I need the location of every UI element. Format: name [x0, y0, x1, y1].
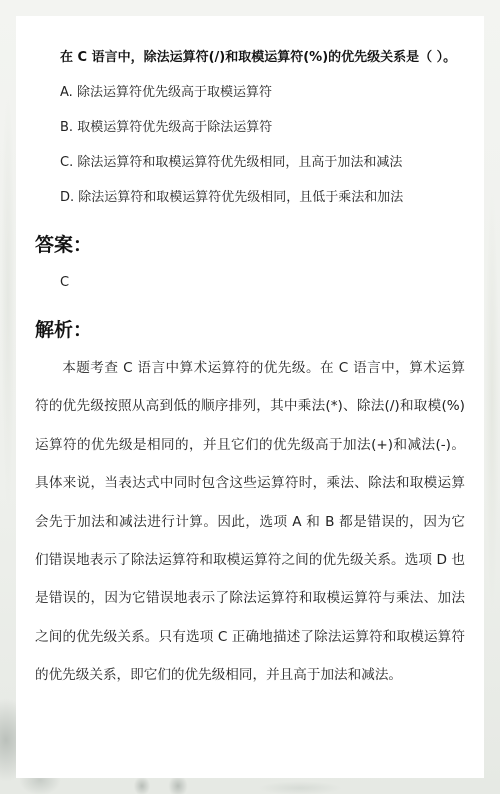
document-card: 在 C 语言中，除法运算符(/)和取模运算符(%)的优先级关系是（ ）。 A. … — [16, 16, 484, 778]
option-b: B. 取模运算符优先级高于除法运算符 — [60, 118, 272, 138]
option-d-text: 除法运算符和取模运算符优先级相同，且低于乘法和加法 — [78, 190, 403, 205]
option-a-text: 除法运算符优先级高于取模运算符 — [77, 85, 272, 100]
answer-value: C — [60, 273, 69, 293]
option-b-text: 取模运算符优先级高于除法运算符 — [77, 120, 272, 135]
option-a-label: A. — [60, 85, 73, 100]
option-c: C. 除法运算符和取模运算符优先级相同，且高于加法和减法 — [60, 153, 402, 173]
analysis-text: 本题考查 C 语言中算术运算符的优先级。在 C 语言中，算术运算符的优先级按照从… — [35, 349, 465, 695]
option-a: A. 除法运算符优先级高于取模运算符 — [60, 83, 272, 103]
question-stem: 在 C 语言中，除法运算符(/)和取模运算符(%)的优先级关系是（ ）。 — [60, 48, 456, 68]
answer-heading: 答案： — [35, 232, 92, 258]
option-c-text: 除法运算符和取模运算符优先级相同，且高于加法和减法 — [77, 155, 402, 170]
option-d-label: D. — [60, 190, 74, 205]
option-b-label: B. — [60, 120, 73, 135]
analysis-heading: 解析： — [35, 317, 92, 343]
option-c-label: C. — [60, 155, 73, 170]
option-d: D. 除法运算符和取模运算符优先级相同，且低于乘法和加法 — [60, 188, 403, 208]
